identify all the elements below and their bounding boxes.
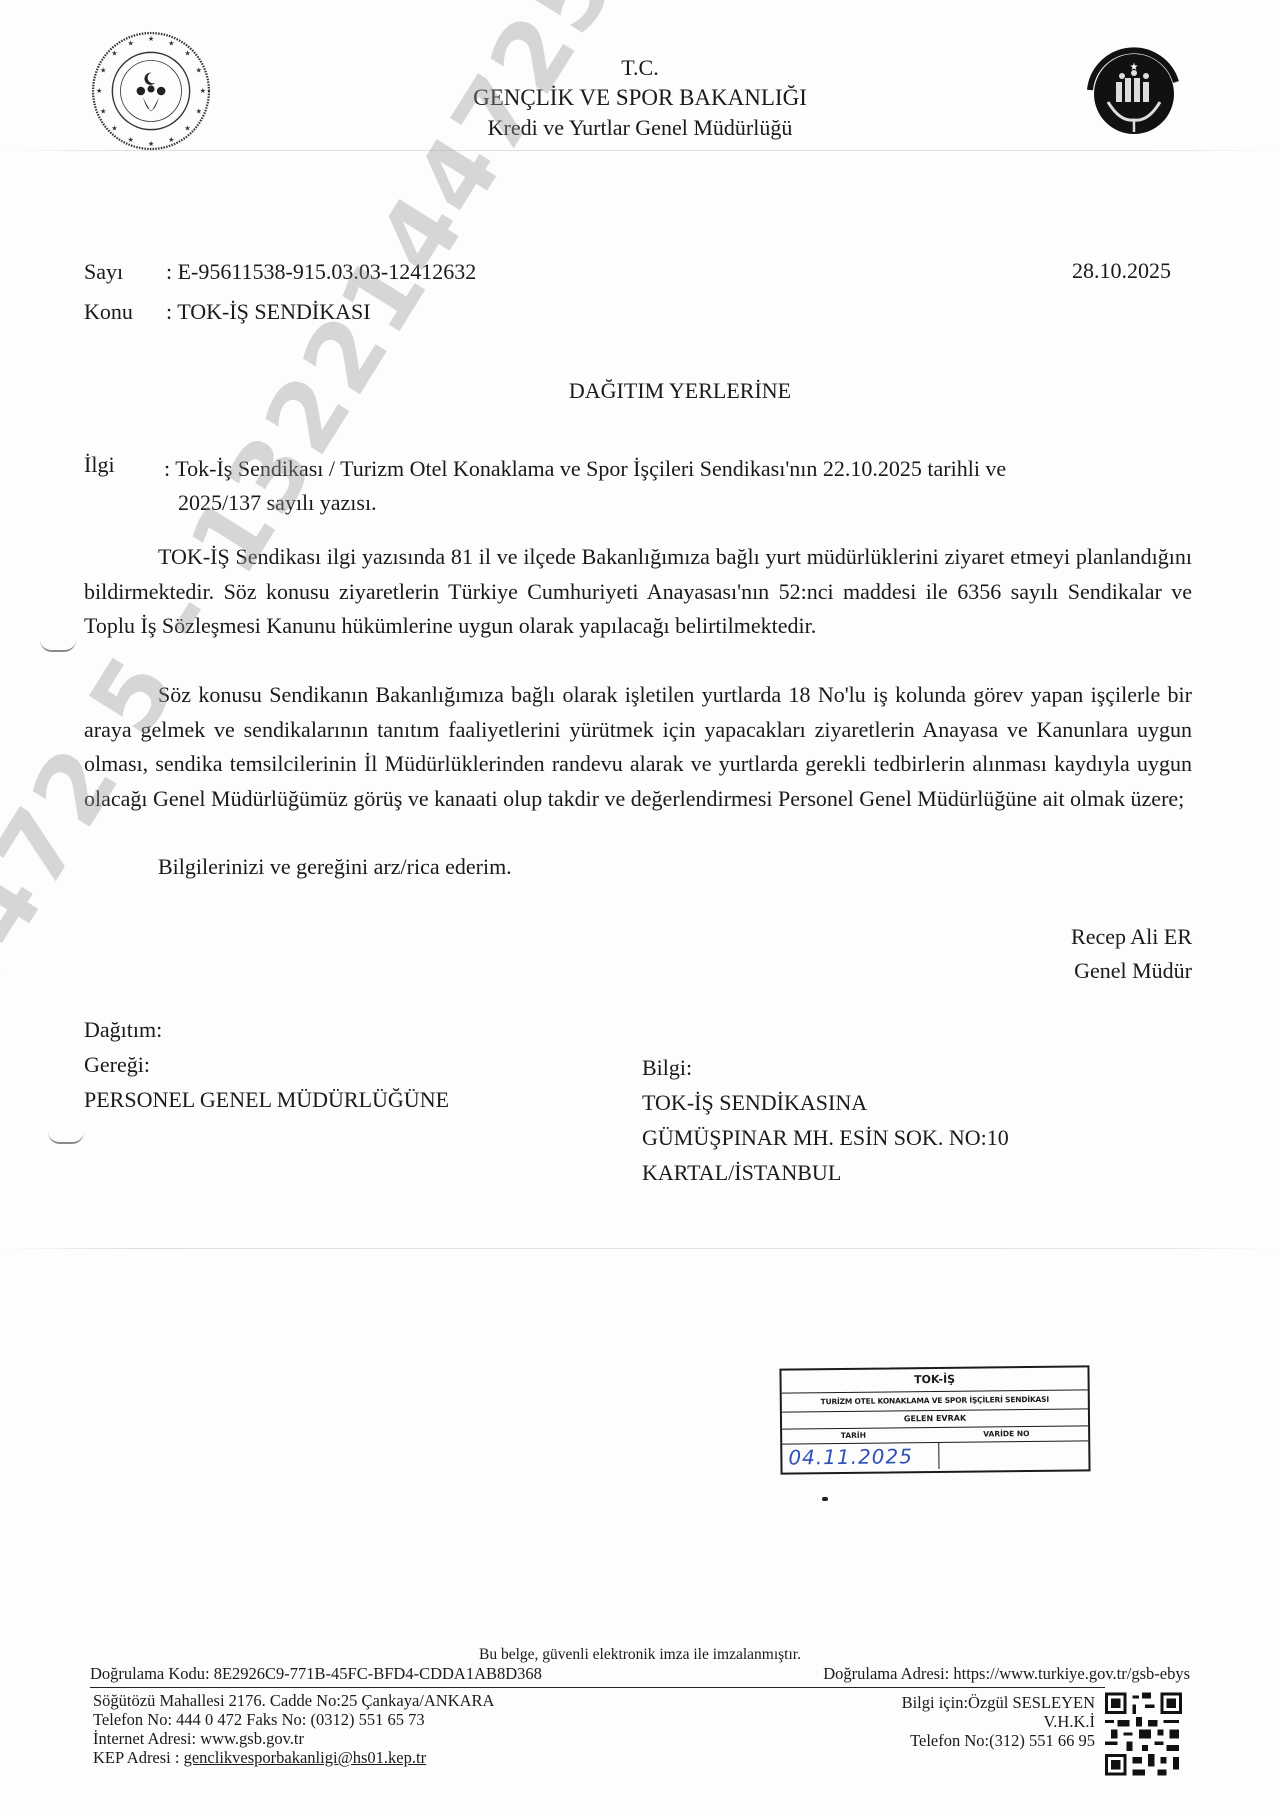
kep-address-link[interactable]: genclikvesporbakanligi@hs01.kep.tr (184, 1748, 426, 1767)
signatory-name: Recep Ali ER (1071, 920, 1192, 954)
geregi-label: Gereği: (84, 1047, 449, 1082)
geregi-item: PERSONEL GENEL MÜDÜRLÜĞÜNE (84, 1082, 449, 1117)
ministry-contact: Söğütözü Mahallesi 2176. Cadde No:25 Çan… (93, 1691, 494, 1767)
document-date: 28.10.2025 (1072, 258, 1171, 284)
konu-label: Konu (84, 297, 133, 327)
body-paragraph-3: Bilgilerinizi ve gereğini arz/rica ederi… (84, 850, 1192, 885)
ministry-phone-fax: Telefon No: 444 0 472 Faks No: (0312) 55… (93, 1710, 494, 1729)
distribution-title: Dağıtım: (84, 1012, 449, 1047)
konu-value: : TOK-İŞ SENDİKASI (166, 297, 371, 327)
svg-text:★: ★ (148, 34, 154, 43)
qr-code-icon (1105, 1692, 1182, 1776)
stamp-values: 04.11.2025 (782, 1441, 1088, 1470)
svg-text:★: ★ (168, 38, 174, 47)
footer-divider (90, 1687, 1105, 1688)
header-ministry: GENÇLİK VE SPOR BAKANLIĞI (0, 84, 1280, 112)
stamp-date-value: 04.11.2025 (782, 1443, 938, 1471)
stamp-col-no: VARİDE NO (983, 1427, 1029, 1441)
signatory-title: Genel Müdür (1071, 954, 1192, 988)
bilgi-item: GÜMÜŞPINAR MH. ESİN SOK. NO:10 (642, 1120, 1009, 1155)
info-contact-name: Bilgi için:Özgül SESLEYEN (902, 1693, 1095, 1712)
ink-dot (822, 1497, 828, 1501)
stamp-org-short: TOK-İŞ (781, 1367, 1087, 1393)
verification-url[interactable]: Doğrulama Adresi: https://www.turkiye.go… (823, 1664, 1190, 1684)
received-document-stamp: TOK-İŞ TURİZM OTEL KONAKLAMA VE SPOR İŞÇ… (779, 1365, 1090, 1474)
signature-block: Recep Ali ER Genel Müdür (1071, 920, 1192, 988)
sayi-label: Sayı (84, 257, 123, 287)
bilgi-item: TOK-İŞ SENDİKASINA (642, 1085, 1009, 1120)
ministry-address: Söğütözü Mahallesi 2176. Cadde No:25 Çan… (93, 1691, 494, 1710)
ilgi-reference: : Tok-İş Sendikası / Turizm Otel Konakla… (164, 452, 1194, 520)
bilgi-item: KARTAL/İSTANBUL (642, 1155, 1009, 1190)
info-contact-title: V.H.K.İ (902, 1712, 1095, 1731)
kep-label: KEP Adresi : (93, 1748, 184, 1767)
info-contact-phone: Telefon No:(312) 551 66 95 (902, 1731, 1095, 1750)
distribution-geregi: Dağıtım: Gereği: PERSONEL GENEL MÜDÜRLÜĞ… (84, 1012, 449, 1117)
distribution-bilgi: Bilgi: TOK-İŞ SENDİKASINA GÜMÜŞPINAR MH.… (642, 1050, 1009, 1190)
ministry-website[interactable]: İnternet Adresi: www.gsb.gov.tr (93, 1729, 494, 1748)
info-contact: Bilgi için:Özgül SESLEYEN V.H.K.İ Telefo… (902, 1693, 1095, 1750)
ilgi-line-1: : Tok-İş Sendikası / Turizm Otel Konakla… (164, 456, 1006, 481)
bilgi-label: Bilgi: (642, 1050, 1009, 1085)
verification-code: Doğrulama Kodu: 8E2926C9-771B-45FC-BFD4-… (90, 1664, 542, 1684)
ministry-kep: KEP Adresi : genclikvesporbakanligi@hs01… (93, 1748, 494, 1767)
stamp-no-value (938, 1441, 1089, 1469)
header-tc: T.C. (0, 54, 1280, 82)
header-directorate: Kredi ve Yurtlar Genel Müdürlüğü (0, 114, 1280, 142)
svg-text:★: ★ (127, 38, 133, 47)
stamp-col-date: TARİH (841, 1429, 866, 1443)
ilgi-line-2: 2025/137 sayılı yazısı. (164, 486, 1194, 520)
sayi-value: : E-95611538-915.03.03-12412632 (166, 257, 476, 287)
esignature-notice: Bu belge, güvenli elektronik imza ile im… (0, 1646, 1280, 1664)
fold-line (0, 1248, 1280, 1249)
body-paragraph-2: Söz konusu Sendikanın Bakanlığımıza bağl… (84, 678, 1192, 816)
body-paragraph-1: TOK-İŞ Sendikası ilgi yazısında 81 il ve… (84, 540, 1192, 644)
scan-mark (40, 640, 76, 652)
ilgi-label: İlgi (84, 452, 115, 478)
addressee: DAĞITIM YERLERİNE (0, 378, 1280, 404)
scan-mark (48, 1132, 84, 1144)
document-page: ★★★ ★★★ ★★★ ★★★ ★★★★ ★ T.C. GENÇLİK VE S… (0, 0, 1280, 1810)
